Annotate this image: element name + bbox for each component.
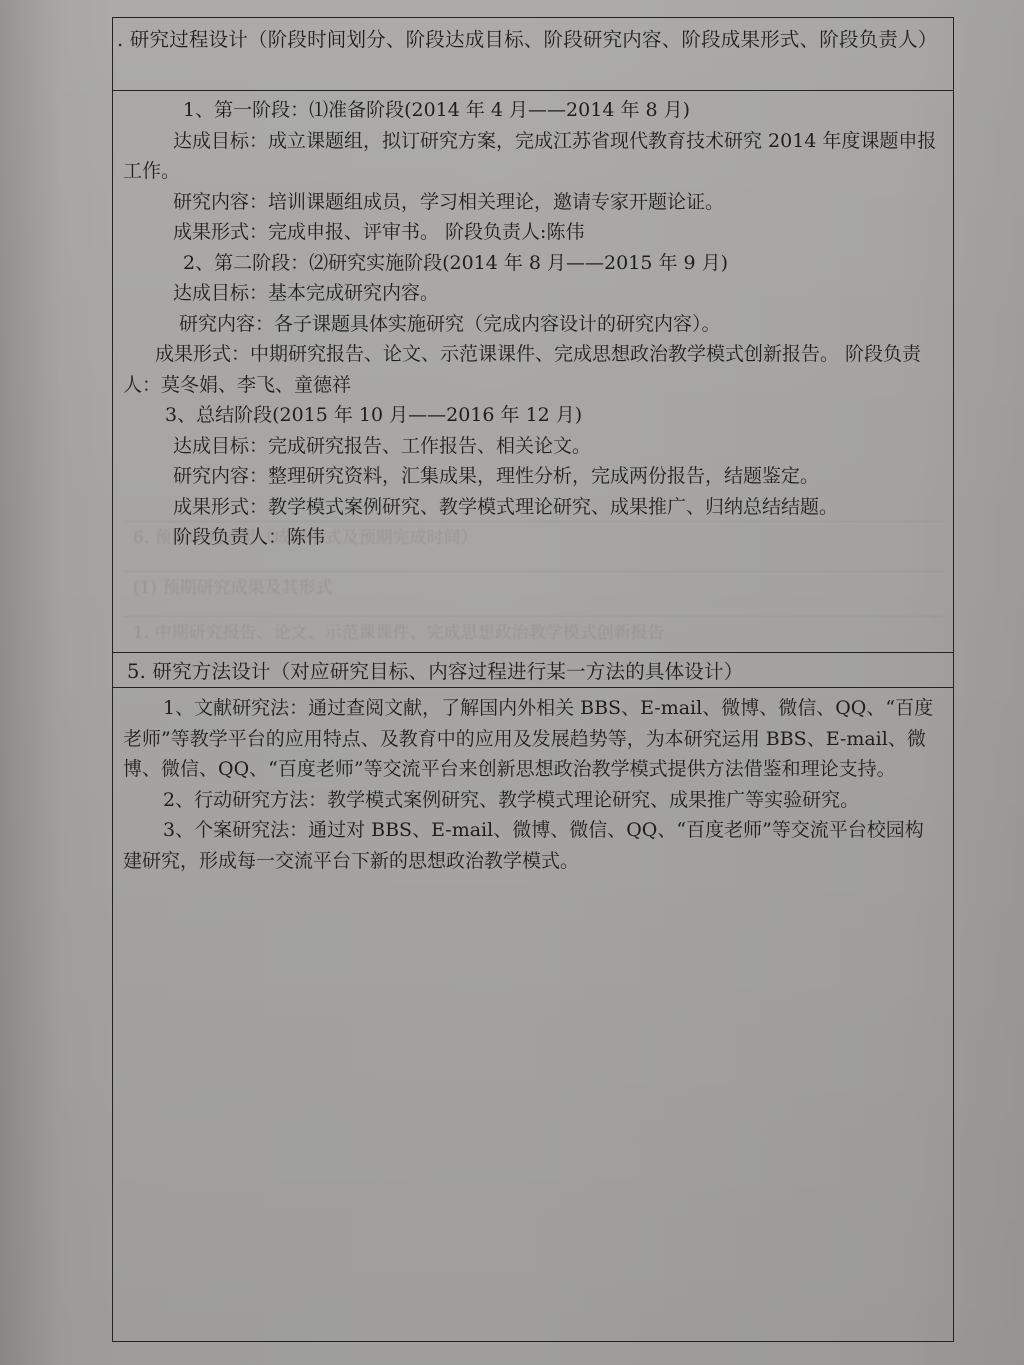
method-paragraph-2: 2、行动研究方法：教学模式案例研究、教学模式理论研究、成果推广等实验研究。	[123, 785, 939, 816]
stage-1-title: 1、第一阶段：⑴准备阶段(2014 年 4 月——2014 年 8 月)	[123, 95, 939, 126]
bleed-through-text-1: 6. 预期研究成果（成果形式及预期完成时间）	[123, 521, 943, 550]
stage-3-title: 3、总结阶段(2015 年 10 月——2016 年 12 月)	[123, 400, 939, 431]
research-plan-form-table: . 研究过程设计（阶段时间划分、阶段达成目标、阶段研究内容、阶段成果形式、阶段负…	[112, 17, 954, 1342]
section-4-heading-text: . 研究过程设计（阶段时间划分、阶段达成目标、阶段研究内容、阶段成果形式、阶段负…	[117, 28, 938, 51]
stage-2-content: 研究内容：各子课题具体实施研究（完成内容设计的研究内容）。	[123, 309, 939, 340]
bleed-through-text-3: 1. 中期研究报告、论文、示范课课件、完成思想政治教学模式创新报告	[123, 616, 943, 645]
method-paragraph-3: 3、个案研究法：通过对 BBS、E-mail、微博、微信、QQ、“百度老师”等交…	[123, 815, 939, 876]
stage-3-content: 研究内容：整理研究资料，汇集成果，理性分析，完成两份报告，结题鉴定。	[123, 461, 939, 492]
stage-2-goal: 达成目标：基本完成研究内容。	[123, 278, 939, 309]
stage-2-result: 成果形式：中期研究报告、论文、示范课课件、完成思想政治教学模式创新报告。 阶段负…	[123, 339, 939, 400]
stage-3-goal: 达成目标：完成研究报告、工作报告、相关论文。	[123, 431, 939, 462]
stage-2-title: 2、第二阶段：⑵研究实施阶段(2014 年 8 月——2015 年 9 月)	[123, 248, 939, 279]
section-4-heading: . 研究过程设计（阶段时间划分、阶段达成目标、阶段研究内容、阶段成果形式、阶段负…	[113, 18, 953, 91]
section-5-heading: 5. 研究方法设计（对应研究目标、内容过程进行某一方法的具体设计）	[113, 652, 953, 688]
stage-1-content: 研究内容：培训课题组成员，学习相关理论，邀请专家开题论证。	[123, 187, 939, 218]
section-4-body: 1、第一阶段：⑴准备阶段(2014 年 4 月——2014 年 8 月) 达成目…	[113, 91, 953, 652]
stage-3-result: 成果形式：教学模式案例研究、教学模式理论研究、成果推广、归纳总结结题。	[123, 492, 939, 523]
method-paragraph-1: 1、文献研究法：通过查阅文献，了解国内外相关 BBS、E-mail、微博、微信、…	[123, 693, 939, 785]
section-5-heading-text: 5. 研究方法设计（对应研究目标、内容过程进行某一方法的具体设计）	[127, 660, 743, 683]
stage-1-goal: 达成目标：成立课题组，拟订研究方案，完成江苏省现代教育技术研究 2014 年度课…	[123, 126, 939, 187]
bleed-through-text-2: (1) 预期研究成果及其形式	[123, 571, 943, 600]
stage-1-result: 成果形式：完成申报、评审书。 阶段负责人:陈伟	[123, 217, 939, 248]
section-5-body: 1、文献研究法：通过查阅文献，了解国内外相关 BBS、E-mail、微博、微信、…	[113, 688, 953, 1341]
